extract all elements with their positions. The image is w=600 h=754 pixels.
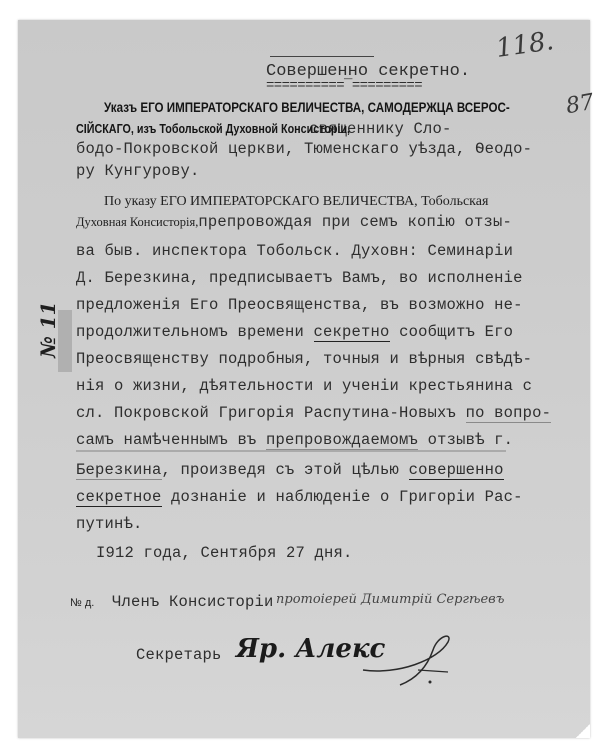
- text-segment: продолжительномъ времени: [76, 323, 314, 341]
- text-segment: отзывѣ г.: [418, 431, 513, 449]
- text-segment: сл. Покровской Григорія Распутина-Новыхъ: [76, 404, 466, 422]
- body-line11: Березкина, произведя съ этой цѣлью совер…: [76, 461, 504, 479]
- body-printed-line2: Духовная Консисторія,: [76, 215, 198, 229]
- body-line10: самъ намѣченнымъ въ препровождаемомъ отз…: [76, 431, 513, 449]
- text-segment: сообщитъ Его: [390, 323, 514, 341]
- decree-title-printed: СІЙСКАГО, изъ Тобольской Духовной Консис…: [76, 122, 276, 136]
- archive-number-top: 118.: [494, 26, 556, 64]
- document-date: I912 года, Сентября 27 дня.: [96, 544, 353, 562]
- text-segment: самъ намѣченнымъ въ: [76, 431, 266, 449]
- margin-shading: [58, 310, 72, 372]
- underlined-secretly: секретно: [314, 323, 390, 342]
- underlined-secret: секретное: [76, 488, 162, 507]
- number-label: № д.: [70, 597, 94, 609]
- addressee-line4: ру Кунгурову.: [76, 162, 200, 180]
- body-line12: секретное дознаніе и наблюденіе о Григор…: [76, 488, 523, 506]
- body-line8: нія о жизни, дѣятельности и ученіи крест…: [76, 377, 532, 395]
- text-segment: дознаніе и наблюденіе о Григоріи Рас-: [162, 488, 523, 506]
- body-line7: Преосвященству подробныя, точныя и вѣрны…: [76, 350, 532, 368]
- body-line2: Духовная Консисторія,препровождая при се…: [76, 213, 512, 231]
- body-typed-line2: препровождая при семъ копію отзы-: [198, 213, 512, 231]
- underlined-forwarded: препровождаемомъ: [266, 431, 418, 450]
- addressee-line3: бодо-Покровской церкви, Тюменскаго уѣзда…: [76, 140, 532, 158]
- decree-title-line1: Указъ ЕГО ИМПЕРАТОРСКАГО ВЕЛИЧЕСТВА, САМ…: [104, 100, 510, 115]
- underlined-berezkin: Березкина: [76, 461, 162, 480]
- body-line3: ва быв. инспектора Тобольск. Духовн: Сем…: [76, 242, 513, 260]
- document-page: 118. 87 Совершенно секретно. ==========‾…: [18, 20, 590, 738]
- heading-double-underline: ==========‾=========: [266, 78, 422, 94]
- body-line6: продолжительномъ времени секретно сообщи…: [76, 323, 513, 341]
- margin-note-number: № 11: [36, 301, 60, 358]
- body-line13: путинѣ.: [76, 515, 143, 533]
- pencil-underline-stroke: [76, 450, 506, 452]
- text-segment: , произведя съ этой цѣлью: [162, 461, 409, 479]
- archive-number-side: 87: [564, 90, 596, 119]
- body-line5: предложенія Его Преосвященства, въ возмо…: [76, 296, 523, 314]
- decree-title-line2: СІЙСКАГО, изъ Тобольской Духовной Консис…: [76, 120, 452, 138]
- body-printed-line1: По указу ЕГО ИМПЕРАТОРСКАГО ВЕЛИЧЕСТВА, …: [104, 194, 488, 210]
- body-line4: Д. Березкина, предписываетъ Вамъ, во исп…: [76, 269, 523, 287]
- signature-flourish: [358, 630, 468, 690]
- heading-rule: [270, 56, 374, 57]
- underlined-completely: совершенно: [409, 461, 504, 480]
- body-line9: сл. Покровской Григорія Распутина-Новыхъ…: [76, 404, 551, 422]
- secretary-label: Секретарь: [136, 646, 222, 664]
- member-signature: протоіерей Димитрій Сергѣевъ: [276, 592, 504, 607]
- underlined-questions: по вопро-: [466, 404, 552, 423]
- member-label: Членъ Консисторіи: [112, 593, 274, 611]
